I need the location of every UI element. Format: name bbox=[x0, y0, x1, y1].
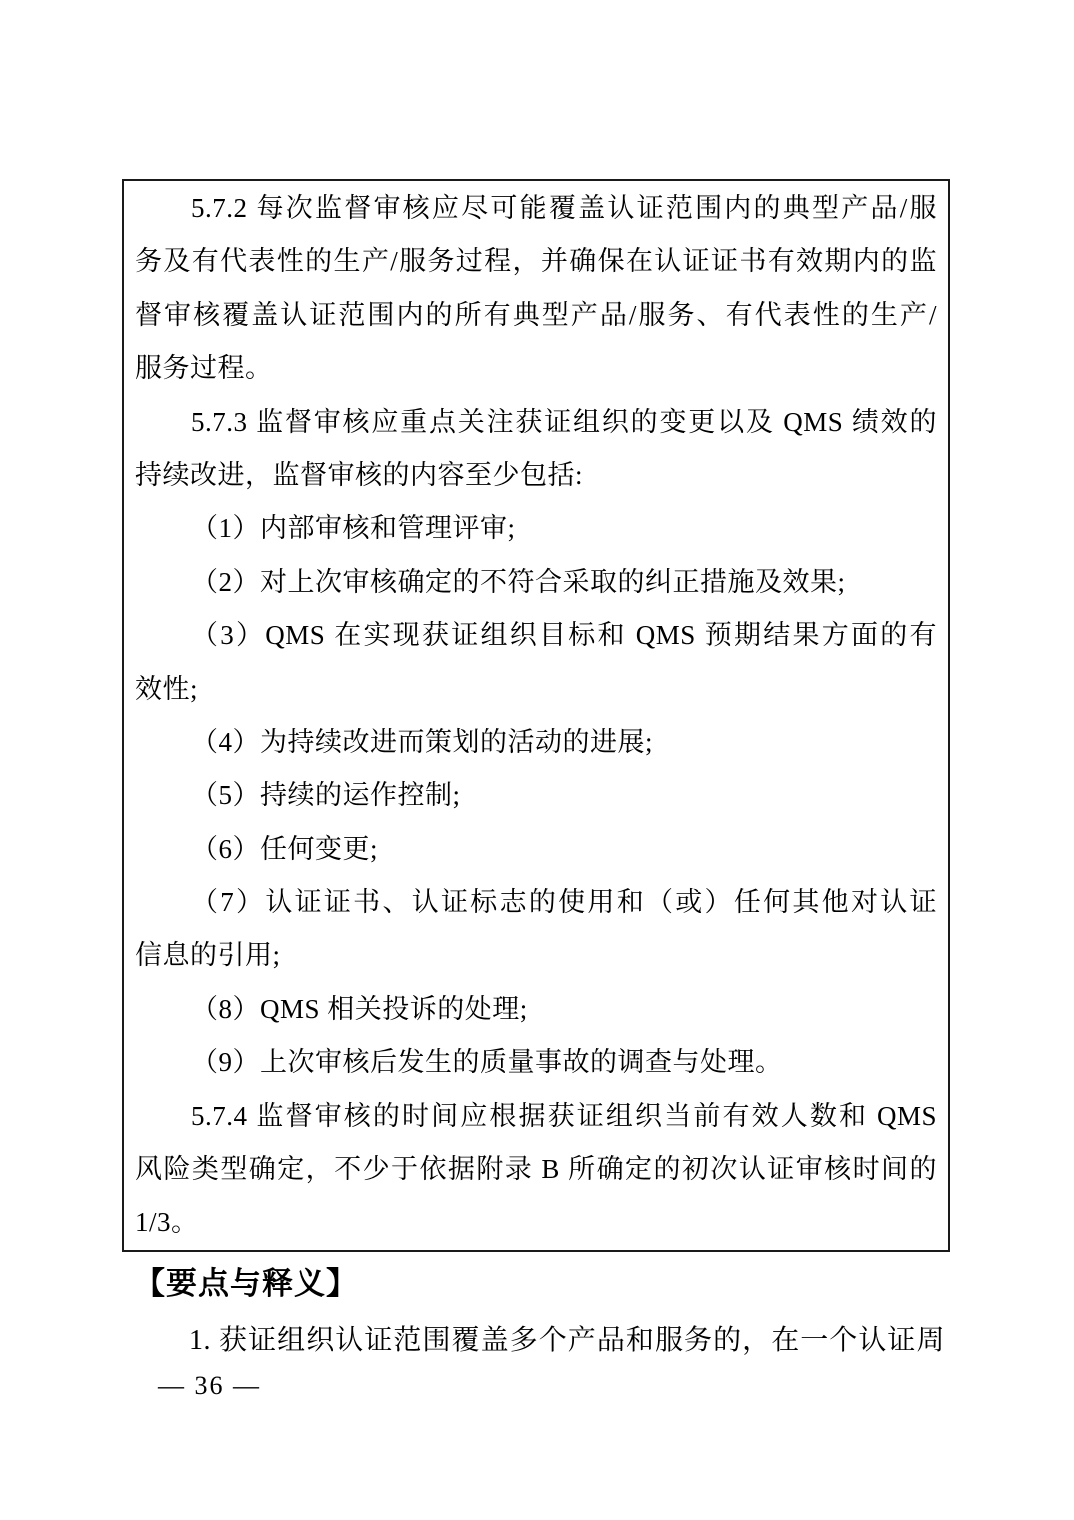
clause-text-line: 5.7.4 监督审核的时间应根据获证组织当前有效人数和 QMS bbox=[135, 1090, 937, 1143]
commentary-text-line: 1. 获证组织认证范围覆盖多个产品和服务的，在一个认证周 bbox=[133, 1316, 945, 1366]
page-number: — 36 — bbox=[158, 1368, 261, 1404]
section-heading-key-points: 【要点与释义】 bbox=[134, 1262, 950, 1306]
clause-text-line: （5）持续的运作控制; bbox=[135, 769, 937, 822]
clause-text-line: 5.7.3 监督审核应重点关注获证组织的变更以及 QMS 绩效的 bbox=[135, 396, 937, 449]
clause-text-box: 5.7.2 每次监督审核应尽可能覆盖认证范围内的典型产品/服务及有代表性的生产/… bbox=[122, 179, 950, 1252]
clause-text-line: 信息的引用; bbox=[135, 929, 937, 982]
clause-text-line: 风险类型确定，不少于依据附录 B 所确定的初次认证审核时间的 bbox=[135, 1143, 937, 1196]
clause-text-line: （9）上次审核后发生的质量事故的调查与处理。 bbox=[135, 1036, 937, 1089]
clause-text-line: （8）QMS 相关投诉的处理; bbox=[135, 983, 937, 1036]
clause-text-line: （3）QMS 在实现获证组织目标和 QMS 预期结果方面的有 bbox=[135, 609, 937, 662]
clause-text-line: 督审核覆盖认证范围内的所有典型产品/服务、有代表性的生产/ bbox=[135, 289, 937, 342]
document-page: { "colors": { "background": "#ffffff", "… bbox=[0, 0, 1074, 1520]
clause-text-line: （1）内部审核和管理评审; bbox=[135, 502, 937, 555]
clause-text-line: 效性; bbox=[135, 663, 937, 716]
clause-text-line: （2）对上次审核确定的不符合采取的纠正措施及效果; bbox=[135, 556, 937, 609]
clause-text-line: （7）认证证书、认证标志的使用和（或）任何其他对认证 bbox=[135, 876, 937, 929]
clause-text-line: （6）任何变更; bbox=[135, 823, 937, 876]
commentary-paragraph: 1. 获证组织认证范围覆盖多个产品和服务的，在一个认证周 bbox=[133, 1316, 945, 1366]
clause-text-line: （4）为持续改进而策划的活动的进展; bbox=[135, 716, 937, 769]
clause-text-line: 1/3。 bbox=[135, 1196, 937, 1249]
clause-text-line: 持续改进，监督审核的内容至少包括: bbox=[135, 449, 937, 502]
clause-text-line: 务及有代表性的生产/服务过程，并确保在认证证书有效期内的监 bbox=[135, 235, 937, 288]
clause-text-line: 服务过程。 bbox=[135, 342, 937, 395]
clause-text-line: 5.7.2 每次监督审核应尽可能覆盖认证范围内的典型产品/服 bbox=[135, 182, 937, 235]
